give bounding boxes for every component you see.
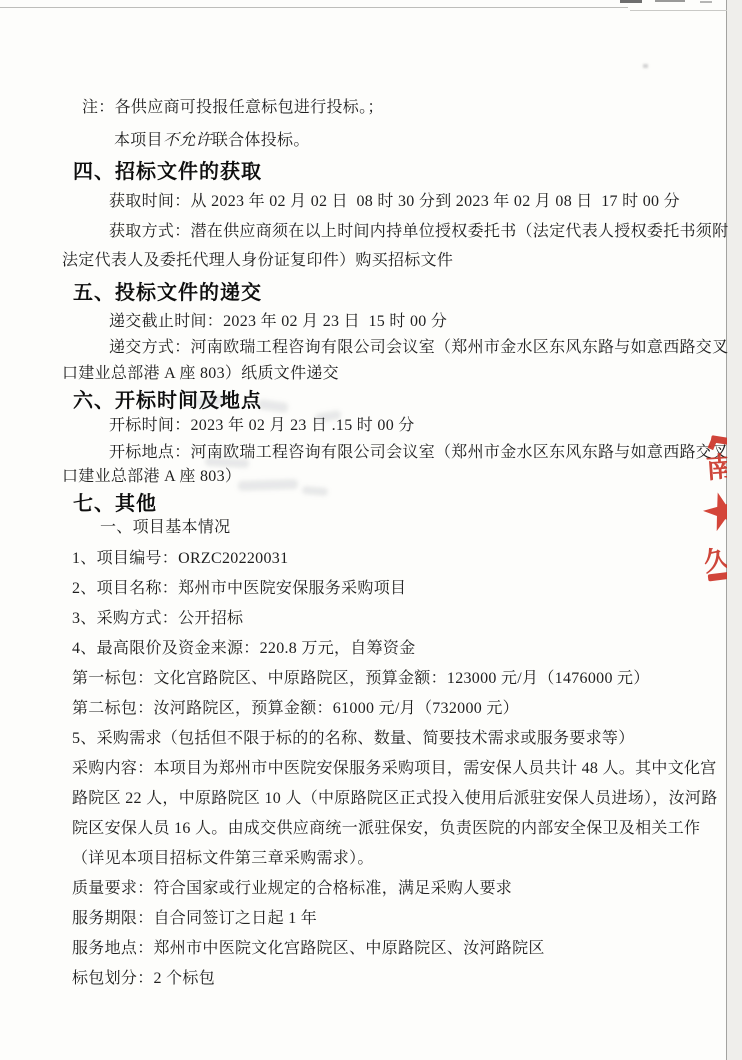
note-line-2: 本项目不允许联合体投标。 — [114, 131, 310, 151]
section4-obtain-method-cont: 法定代表人及委托代理人身份证复印件）购买招标文件 — [62, 251, 453, 271]
section7-heading: 七、其他 — [73, 492, 157, 516]
show-through-smudge — [257, 399, 288, 413]
scan-background-strip — [727, 0, 742, 1060]
section4-obtain-time: 获取时间：从 2023 年 02 月 02 日 08 时 30 分到 2023 … — [109, 192, 680, 212]
quality-requirement: 质量要求：符合国家或行业规定的合格标准，满足采购人要求 — [72, 879, 512, 899]
seal-border-arc-bottom — [708, 572, 727, 582]
note-line-2-prefix: 本项目 — [114, 132, 163, 149]
show-through-smudge — [238, 479, 298, 491]
procurement-content-line-2: 路院区 22 人，中原路院区 10 人（中原路院区正式投入使用后派驻安保人员进场… — [72, 789, 718, 809]
seal-character-top: 南 — [705, 445, 727, 487]
price-limit-funding: 4、最高限价及资金来源：220.8 万元，自筹资金 — [72, 639, 416, 659]
section6-open-place-cont: 口建业总部港 A 座 803） — [62, 467, 241, 487]
procurement-demand: 5、采购需求（包括但不限于标的的名称、数量、简要技术需求或服务要求等） — [72, 729, 635, 749]
section5-deadline: 递交截止时间：2023 年 02 月 23 日 15 时 00 分 — [109, 312, 447, 332]
note-line-1: 注：各供应商可投报任意标包进行投标。； — [82, 98, 384, 118]
section5-method: 递交方式：河南欧瑞工程咨询有限公司会议室（郑州市金水区东风东路与如意西路交叉 — [109, 338, 728, 358]
procurement-content-line-1: 采购内容：本项目为郑州市中医院安保服务采购项目，需安保人员共计 48 人。其中文… — [72, 759, 717, 779]
note-line-2-suffix: 联合体投标。 — [212, 132, 310, 149]
package-2: 第二标包：汝河路院区，预算金额：61000 元/月（732000 元） — [72, 699, 519, 719]
section4-heading: 四、招标文件的获取 — [73, 160, 262, 184]
service-duration: 服务期限：自合同签订之日起 1 年 — [72, 909, 317, 929]
official-seal-stamp: 南 久 — [700, 430, 727, 588]
scan-artifact — [620, 0, 642, 3]
section5-method-cont: 口建业总部港 A 座 803）纸质文件递交 — [62, 364, 339, 384]
procurement-content-line-4: （详见本项目招标文件第三章采购需求）。 — [72, 849, 374, 869]
star-icon — [700, 486, 727, 535]
section5-heading: 五、投标文件的递交 — [73, 281, 262, 305]
procurement-content-line-3: 院区安保人员 16 人。由成交供应商统一派驻保安，负责医院的内部安全保卫及相关工… — [72, 819, 700, 839]
show-through-smudge — [302, 486, 329, 496]
scan-speck — [643, 64, 648, 68]
section4-obtain-method: 获取方式：潜在供应商须在以上时间内持单位授权委托书（法定代表人授权委托书须附 — [109, 222, 728, 242]
scan-artifact — [655, 0, 685, 2]
note-line-2-emphasis: 不允许 — [163, 132, 212, 149]
package-1: 第一标包：文化宫路院区、中原路院区，预算金额：123000 元/月（147600… — [72, 669, 650, 689]
project-name: 2、项目名称：郑州市中医院安保服务采购项目 — [72, 579, 406, 599]
section6-open-time: 开标时间：2023 年 02 月 23 日 .15 时 00 分 — [109, 416, 415, 436]
procurement-method: 3、采购方式：公开招标 — [72, 609, 243, 629]
scanned-tender-document-page: 注：各供应商可投报任意标包进行投标。； 本项目不允许联合体投标。 四、招标文件的… — [0, 0, 742, 1060]
package-division: 标包划分：2 个标包 — [72, 969, 215, 989]
service-location: 服务地点：郑州市中医院文化宫路院区、中原路院区、汝河路院区 — [72, 939, 545, 959]
section7-subheading: 一、项目基本情况 — [100, 518, 230, 538]
scan-artifact — [700, 1, 712, 3]
section6-heading: 六、开标时间及地点 — [73, 389, 262, 413]
section6-open-place: 开标地点：河南欧瑞工程咨询有限公司会议室（郑州市金水区东风东路与如意西路交叉 — [109, 443, 728, 463]
scan-top-border-right — [630, 10, 727, 11]
project-number: 1、项目编号：ORZC20220031 — [72, 549, 288, 569]
seal-border-arc-top — [711, 435, 727, 446]
scan-top-border — [0, 7, 628, 8]
